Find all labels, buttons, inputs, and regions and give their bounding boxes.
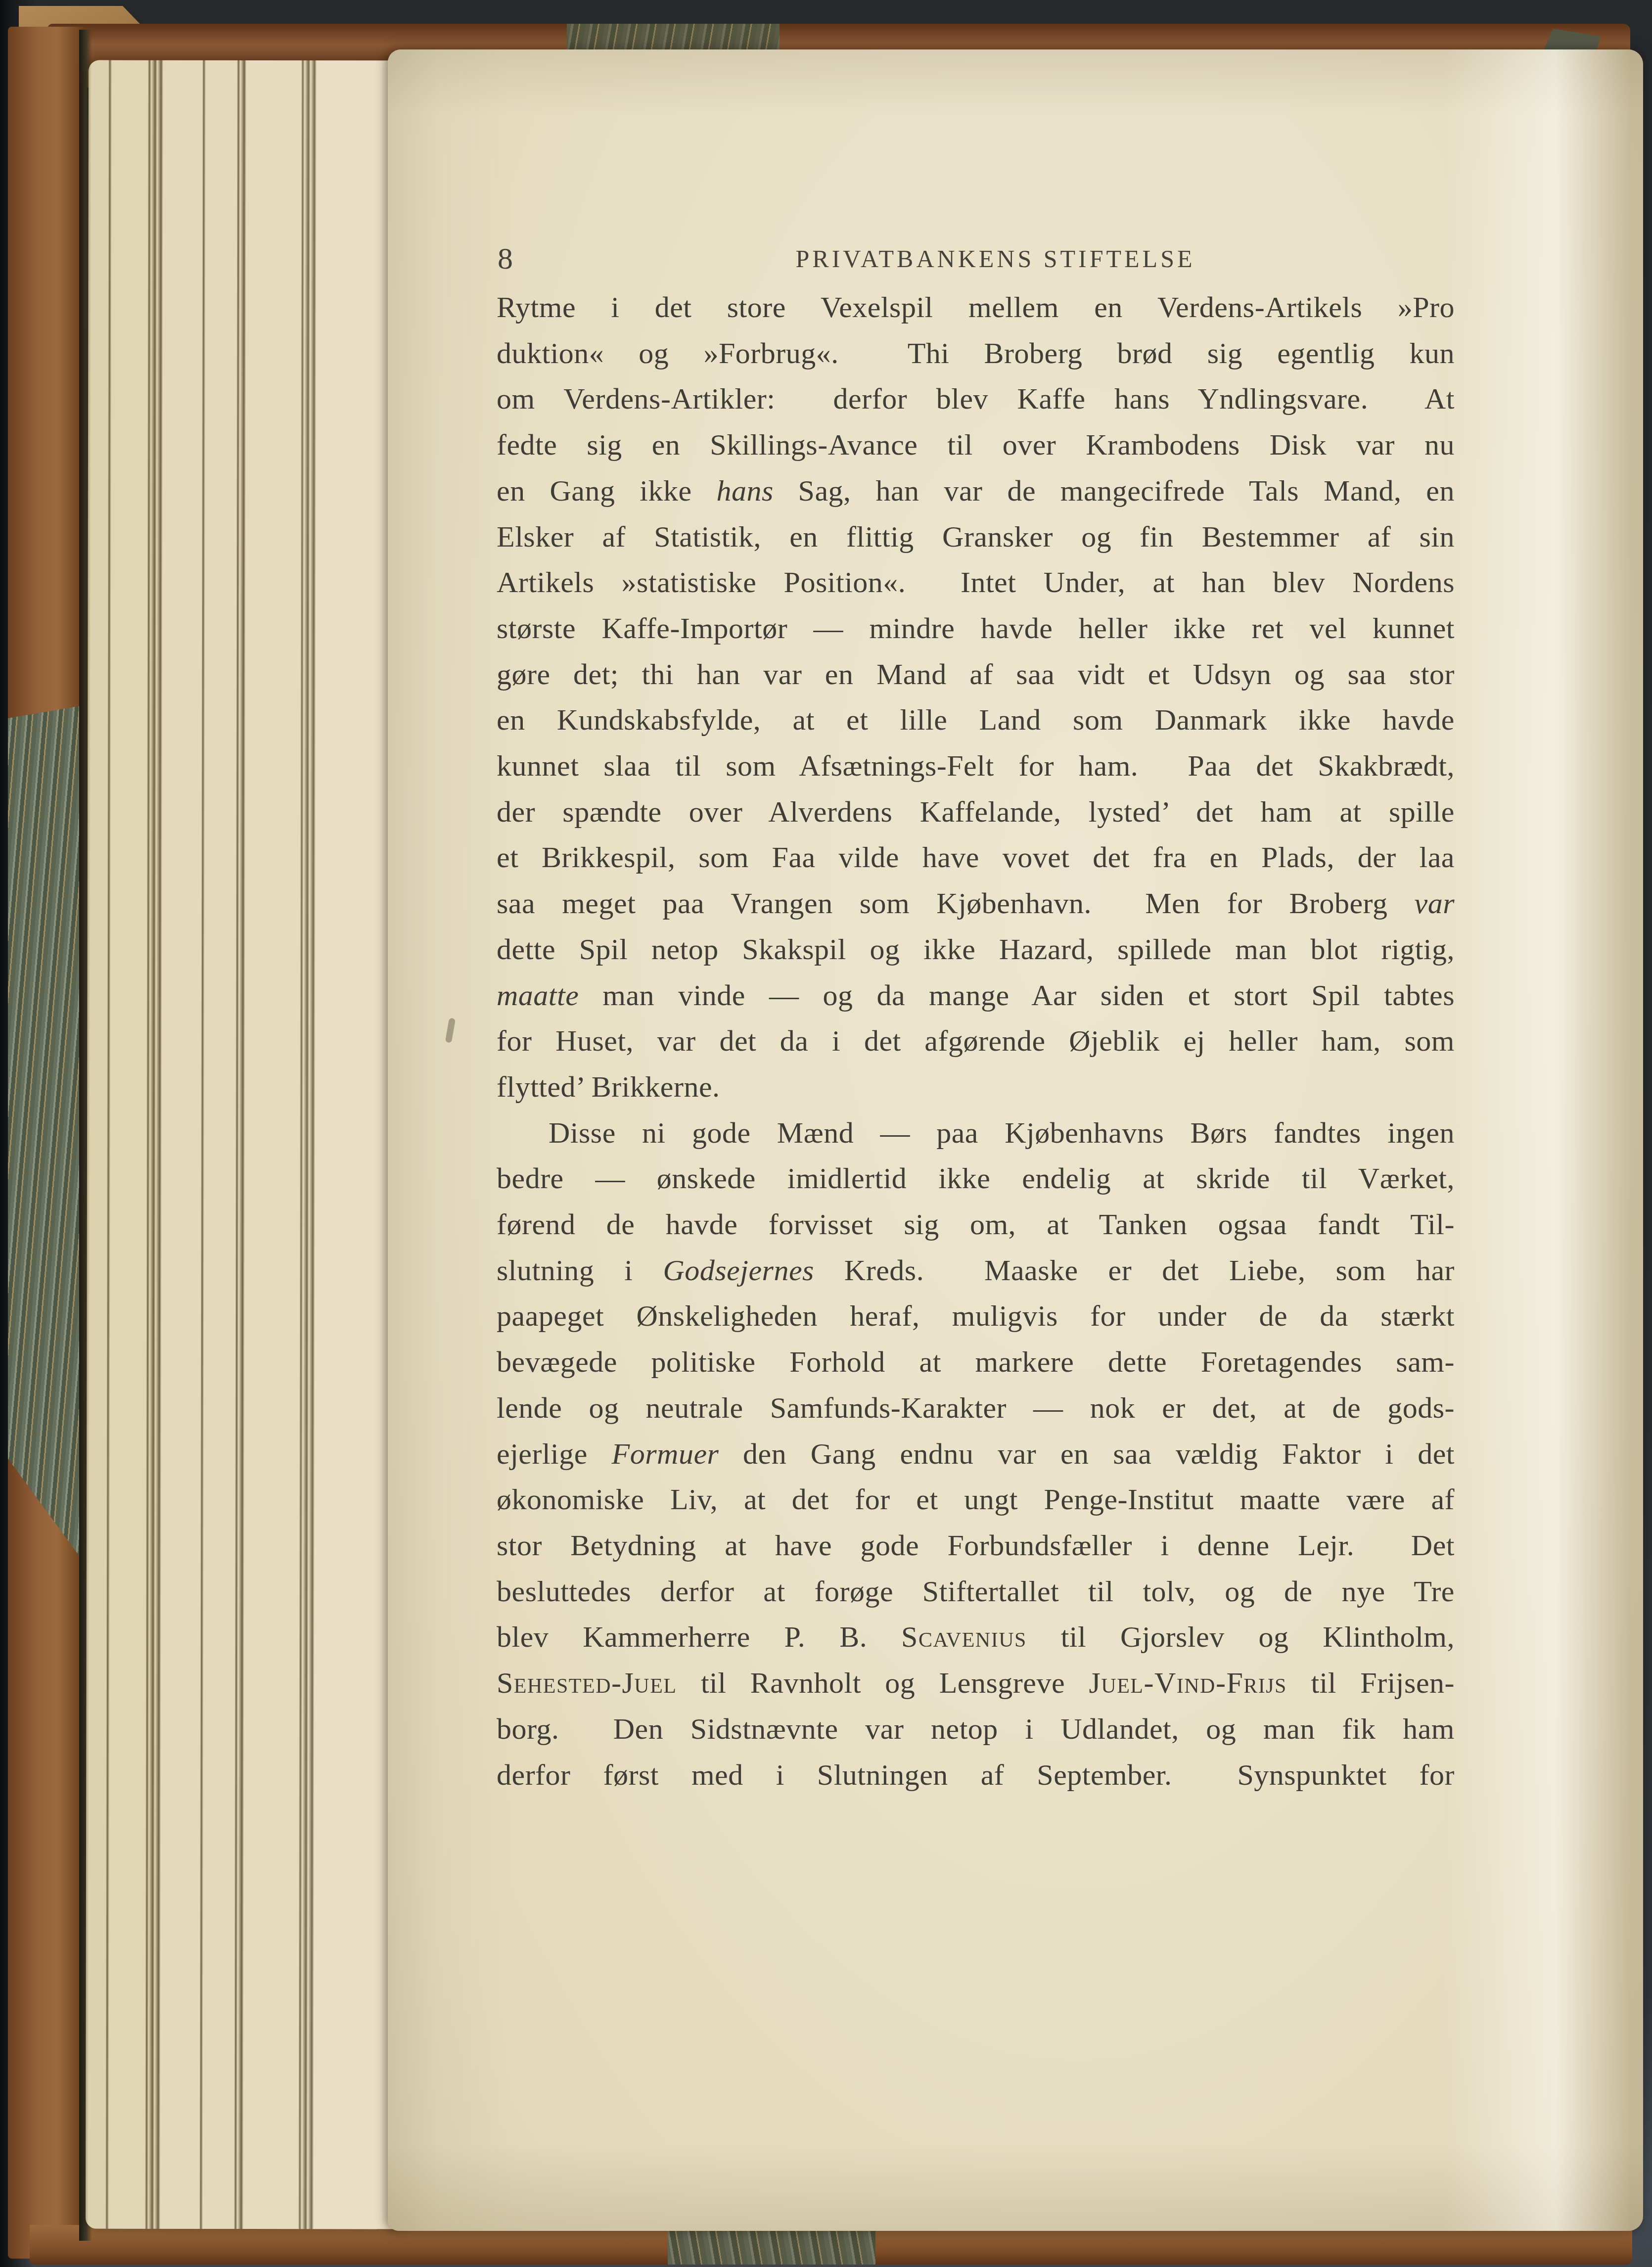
text-line: Rytme i det store Vexelspil mellem en Ve… <box>497 284 1455 330</box>
text-line: en Gang ikke hans Sag, han var de mangec… <box>497 468 1455 514</box>
text-line: førend de havde forvisset sig om, at Tan… <box>497 1202 1455 1248</box>
text-line: stor Betydning at have gode Forbundsfæll… <box>497 1523 1455 1569</box>
text-segment: en Gang ikke <box>497 474 716 507</box>
text-segment: om Verdens-Artikler: derfor blev Kaffe h… <box>497 382 1455 415</box>
text-line: om Verdens-Artikler: derfor blev Kaffe h… <box>497 376 1455 422</box>
text-line: Disse ni gode Mænd — paa Kjøbenhavns Bør… <box>497 1110 1455 1156</box>
text-segment: paapeget Ønskeligheden heraf, muligvis f… <box>497 1299 1455 1332</box>
text-segment: Sag, han var de mangecifrede Tals Mand, … <box>774 474 1455 507</box>
text-segment: til Gjorslev og Klintholm, <box>1027 1620 1455 1653</box>
text-segment: fedte sig en Skillings-Avance til over K… <box>497 428 1455 461</box>
text-line: ejerlige Formuer den Gang endnu var en s… <box>497 1431 1455 1477</box>
text-segment: Godsejernes <box>663 1254 814 1287</box>
text-line: blev Kammerherre P. B. Scavenius til Gjo… <box>497 1614 1455 1660</box>
text-segment: kunnet slaa til som Afsætnings-Felt for … <box>497 749 1455 782</box>
text-segment: duktion« og »Forbrug«. Thi Broberg brød … <box>497 337 1455 370</box>
text-line: økonomiske Liv, at det for et ungt Penge… <box>497 1477 1455 1523</box>
text-segment: for Huset, var det da i det afgørende Øj… <box>497 1024 1455 1057</box>
text-line: største Kaffe-Importør — mindre havde he… <box>497 605 1455 651</box>
page-number: 8 <box>498 241 513 277</box>
text-segment: Formuer <box>612 1437 719 1470</box>
marbled-paper-left <box>8 705 83 1561</box>
scanner-background: { "page": { "number": "8", "running_head… <box>0 0 1652 2267</box>
text-segment: maatte <box>497 979 579 1012</box>
text-line: lende og neutrale Samfunds-Karakter — no… <box>497 1385 1455 1431</box>
text-segment: førend de havde forvisset sig om, at Tan… <box>497 1208 1455 1241</box>
text-segment: gøre det; thi han var en Mand af saa vid… <box>497 658 1455 691</box>
text-line: en Kundskabsfylde, at et lille Land som … <box>497 697 1455 743</box>
marbled-paper-bottom <box>668 2225 875 2265</box>
text-line: paapeget Ønskeligheden heraf, muligvis f… <box>497 1293 1455 1339</box>
text-segment: stor Betydning at have gode Forbundsfæll… <box>497 1529 1455 1562</box>
text-segment: ejerlige <box>497 1437 612 1470</box>
text-segment: Disse ni gode Mænd — paa Kjøbenhavns Bør… <box>549 1116 1455 1149</box>
text-segment: flytted’ Brikkerne. <box>497 1070 720 1103</box>
text-line: kunnet slaa til som Afsætnings-Felt for … <box>497 743 1455 789</box>
book-cover-bottom-edge <box>30 2225 1632 2265</box>
text-line: Sehested-Juel til Ravnholt og Lensgreve … <box>497 1660 1455 1706</box>
text-line: derfor først med i Slutningen af Septemb… <box>497 1752 1455 1798</box>
text-segment: Juel-Vind-Frijs <box>1089 1666 1287 1699</box>
text-segment: Kreds. Maaske er det Liebe, som har <box>814 1254 1455 1287</box>
text-segment: Sehested-Juel <box>497 1666 677 1699</box>
text-line: fedte sig en Skillings-Avance til over K… <box>497 422 1455 468</box>
text-segment: var <box>1415 887 1455 920</box>
text-line: dette Spil netop Skakspil og ikke Hazard… <box>497 926 1455 972</box>
text-line: et Brikkespil, som Faa vilde have vovet … <box>497 834 1455 880</box>
text-segment: Elsker af Statistik, en flittig Gransker… <box>497 520 1455 553</box>
text-segment: største Kaffe-Importør — mindre havde he… <box>497 612 1455 645</box>
text-segment: Artikels »statistiske Position«. Intet U… <box>497 566 1455 599</box>
text-segment: slutning i <box>497 1254 663 1287</box>
text-segment: en Kundskabsfylde, at et lille Land som … <box>497 703 1455 736</box>
text-line: for Huset, var det da i det afgørende Øj… <box>497 1018 1455 1064</box>
text-line: besluttedes derfor at forøge Stiftertall… <box>497 1569 1455 1615</box>
text-line: borg. Den Sidstnævnte var netop i Udland… <box>497 1706 1455 1752</box>
text-segment: besluttedes derfor at forøge Stiftertall… <box>497 1575 1455 1608</box>
text-segment: bevægede politiske Forhold at markere de… <box>497 1345 1455 1378</box>
text-line: Artikels »statistiske Position«. Intet U… <box>497 559 1455 605</box>
page-edge-stack <box>86 60 405 2229</box>
text-segment: derfor først med i Slutningen af Septemb… <box>497 1758 1455 1791</box>
text-segment: der spændte over Alverdens Kaffelande, l… <box>497 795 1455 828</box>
text-line: bevægede politiske Forhold at markere de… <box>497 1339 1455 1385</box>
text-segment: økonomiske Liv, at det for et ungt Penge… <box>497 1483 1455 1516</box>
body-text: Rytme i det store Vexelspil mellem en Ve… <box>497 284 1455 1798</box>
book-page: 8 PRIVATBANKENS STIFTELSE Rytme i det st… <box>388 49 1643 2231</box>
text-segment: dette Spil netop Skakspil og ikke Hazard… <box>497 933 1455 966</box>
text-segment: et Brikkespil, som Faa vilde have vovet … <box>497 841 1455 874</box>
text-segment: borg. Den Sidstnævnte var netop i Udland… <box>497 1712 1455 1745</box>
text-line: maatte man vinde — og da mange Aar siden… <box>497 972 1455 1018</box>
text-segment: man vinde — og da mange Aar siden et sto… <box>579 979 1455 1012</box>
text-segment: til Frijsen- <box>1287 1666 1455 1699</box>
ink-smudge <box>445 1018 456 1043</box>
text-segment: Rytme i det store Vexelspil mellem en Ve… <box>497 291 1455 324</box>
text-line: saa meget paa Vrangen som Kjøbenhavn. Me… <box>497 880 1455 926</box>
text-segment: den Gang endnu var en saa vældig Faktor … <box>719 1437 1455 1470</box>
text-line: bedre — ønskede imidlertid ikke endelig … <box>497 1156 1455 1202</box>
book-cover-left-edge <box>8 27 83 2259</box>
text-segment: saa meget paa Vrangen som Kjøbenhavn. Me… <box>497 887 1415 920</box>
text-line: flytted’ Brikkerne. <box>497 1064 1455 1110</box>
text-segment: lende og neutrale Samfunds-Karakter — no… <box>497 1391 1455 1424</box>
text-line: duktion« og »Forbrug«. Thi Broberg brød … <box>497 330 1455 376</box>
text-line: Elsker af Statistik, en flittig Gransker… <box>497 514 1455 560</box>
text-segment: Scavenius <box>901 1620 1027 1653</box>
text-segment: til Ravnholt og Lensgreve <box>677 1666 1089 1699</box>
running-header: PRIVATBANKENS STIFTELSE <box>516 244 1474 273</box>
text-line: der spændte over Alverdens Kaffelande, l… <box>497 789 1455 835</box>
text-line: gøre det; thi han var en Mand af saa vid… <box>497 651 1455 697</box>
text-segment: hans <box>716 474 773 507</box>
text-segment: bedre — ønskede imidlertid ikke endelig … <box>497 1162 1455 1195</box>
text-line: slutning i Godsejernes Kreds. Maaske er … <box>497 1248 1455 1294</box>
text-segment: blev Kammerherre P. B. <box>497 1620 901 1653</box>
